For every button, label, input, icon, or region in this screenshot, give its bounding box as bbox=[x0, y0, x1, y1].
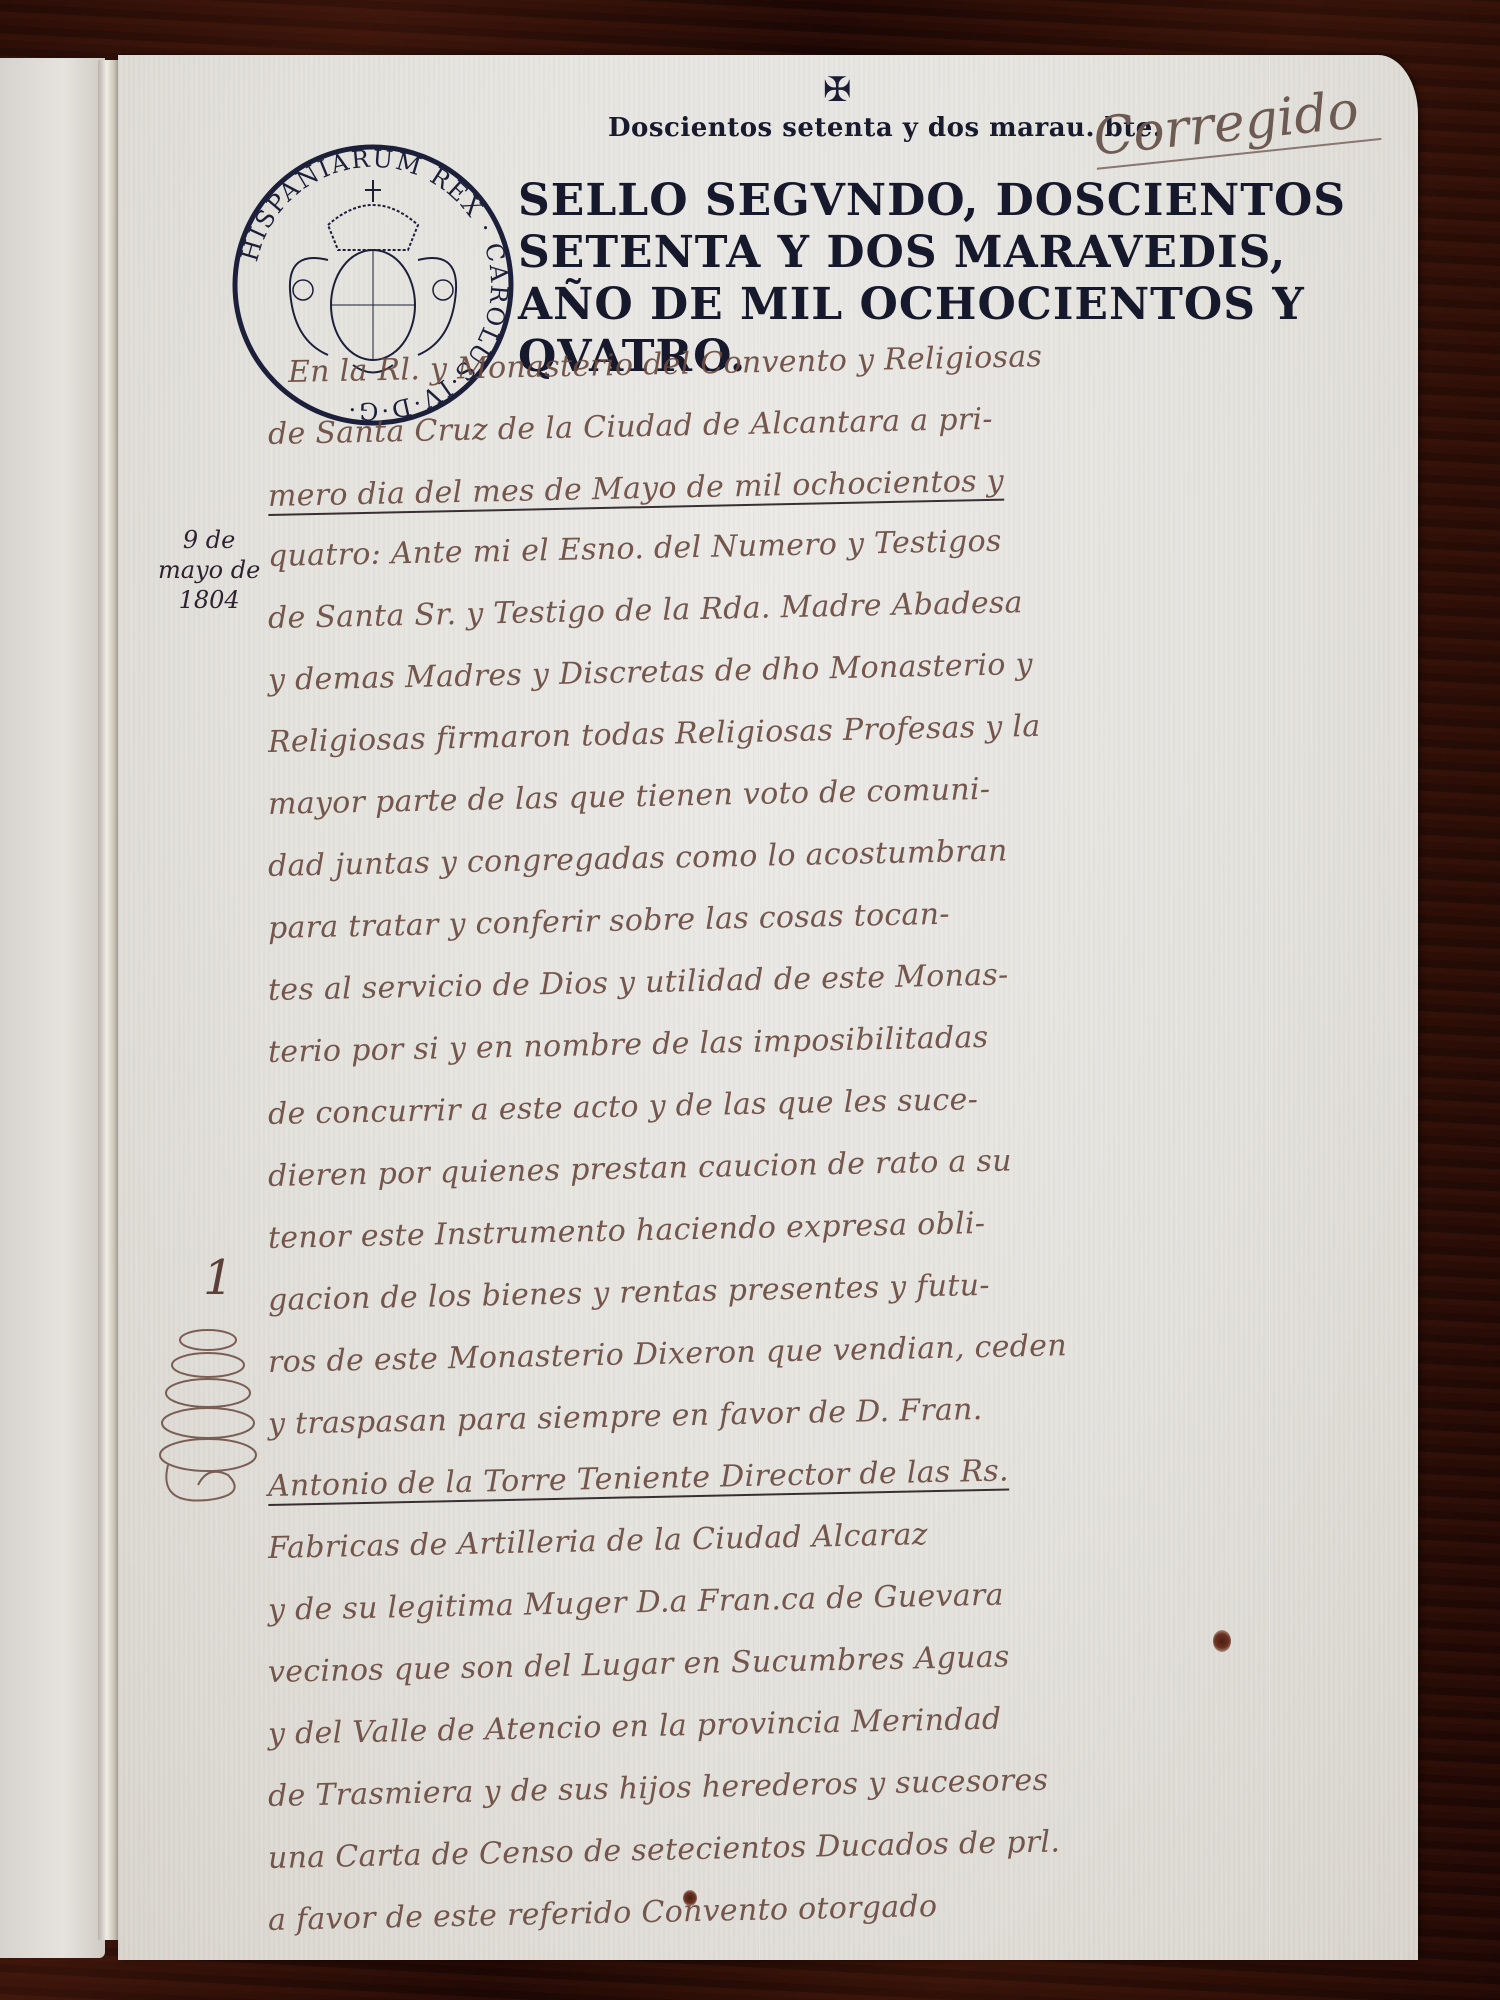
manuscript-line: mayor parte de las que tienen voto de co… bbox=[268, 772, 991, 822]
manuscript-line: vecinos que son del Lugar en Sucumbres A… bbox=[268, 1639, 1010, 1690]
manuscript-line: Antonio de la Torre Teniente Director de… bbox=[268, 1453, 1010, 1506]
manuscript-line: mero dia del mes de Mayo de mil ochocien… bbox=[268, 464, 1005, 516]
manuscript-line: terio por si y en nombre de las imposibi… bbox=[268, 1020, 989, 1070]
manuscript-line: Fabricas de Artilleria de la Ciudad Alca… bbox=[268, 1517, 929, 1566]
stamp-title-line: SELLO SEGVNDO, DOSCIENTOS bbox=[518, 175, 1418, 227]
manuscript-line: y del Valle de Atencio en la provincia M… bbox=[268, 1702, 1002, 1752]
left-margin-mark: 1 bbox=[203, 1250, 234, 1306]
notarial-flourish-icon bbox=[148, 1315, 268, 1515]
ink-stain bbox=[683, 1890, 697, 1906]
facing-left-page bbox=[0, 58, 105, 1958]
manuscript-line: a favor de este referido Convento otorga… bbox=[268, 1889, 938, 1938]
manuscript-line: de Trasmiera y de sus hijos herederos y … bbox=[268, 1763, 1049, 1814]
printed-value-line: Doscientos setenta y dos marau. bte. bbox=[608, 113, 1162, 143]
book-spine-fold bbox=[98, 60, 120, 1940]
manuscript-line: Religiosas firmaron todas Religiosas Pro… bbox=[268, 709, 1041, 760]
stamp-title-line: AÑO DE MIL OCHOCIENTOS Y bbox=[518, 279, 1418, 331]
manuscript-line: dad juntas y congregadas como lo acostum… bbox=[268, 834, 1008, 884]
manuscript-line: y de su legitima Muger D.a Fran.ca de Gu… bbox=[268, 1578, 1005, 1628]
manuscript-line: de concurrir a este acto y de las que le… bbox=[268, 1082, 979, 1132]
manuscript-line: y demas Madres y Discretas de dho Monast… bbox=[268, 647, 1034, 698]
manuscript-line: y traspasan para siempre en favor de D. … bbox=[268, 1392, 983, 1442]
manuscript-line: ros de este Monasterio Dixeron que vendi… bbox=[268, 1328, 1068, 1380]
document-page: ✠ Doscientos setenta y dos marau. bte. C… bbox=[118, 55, 1418, 1960]
margin-date-note: 9 de mayo de 1804 bbox=[158, 525, 260, 615]
manuscript-line: dieren por quienes prestan caucion de ra… bbox=[268, 1143, 1013, 1194]
ink-stain bbox=[1213, 1630, 1231, 1652]
margin-date-line: mayo de bbox=[158, 555, 260, 585]
stamp-title-line: SETENTA Y DOS MARAVEDIS, bbox=[518, 227, 1418, 279]
manuscript-line: para tratar y conferir sobre las cosas t… bbox=[268, 897, 950, 946]
manuscript-line: tenor este Instrumento haciendo expresa … bbox=[268, 1206, 986, 1256]
manuscript-line: una Carta de Censo de setecientos Ducado… bbox=[268, 1824, 1061, 1876]
margin-date-line: 9 de bbox=[158, 525, 260, 555]
margin-date-line: 1804 bbox=[158, 585, 260, 615]
cross-mark-icon: ✠ bbox=[823, 70, 852, 110]
manuscript-line: tes al servicio de Dios y utilidad de es… bbox=[268, 957, 1009, 1008]
manuscript-line: quatro: Ante mi el Esno. del Numero y Te… bbox=[268, 524, 1002, 574]
manuscript-line: gacion de los bienes y rentas presentes … bbox=[268, 1268, 990, 1318]
marginal-note-corregido: Corregido bbox=[1091, 78, 1382, 170]
manuscript-line: de Santa Sr. y Testigo de la Rda. Madre … bbox=[268, 585, 1024, 636]
